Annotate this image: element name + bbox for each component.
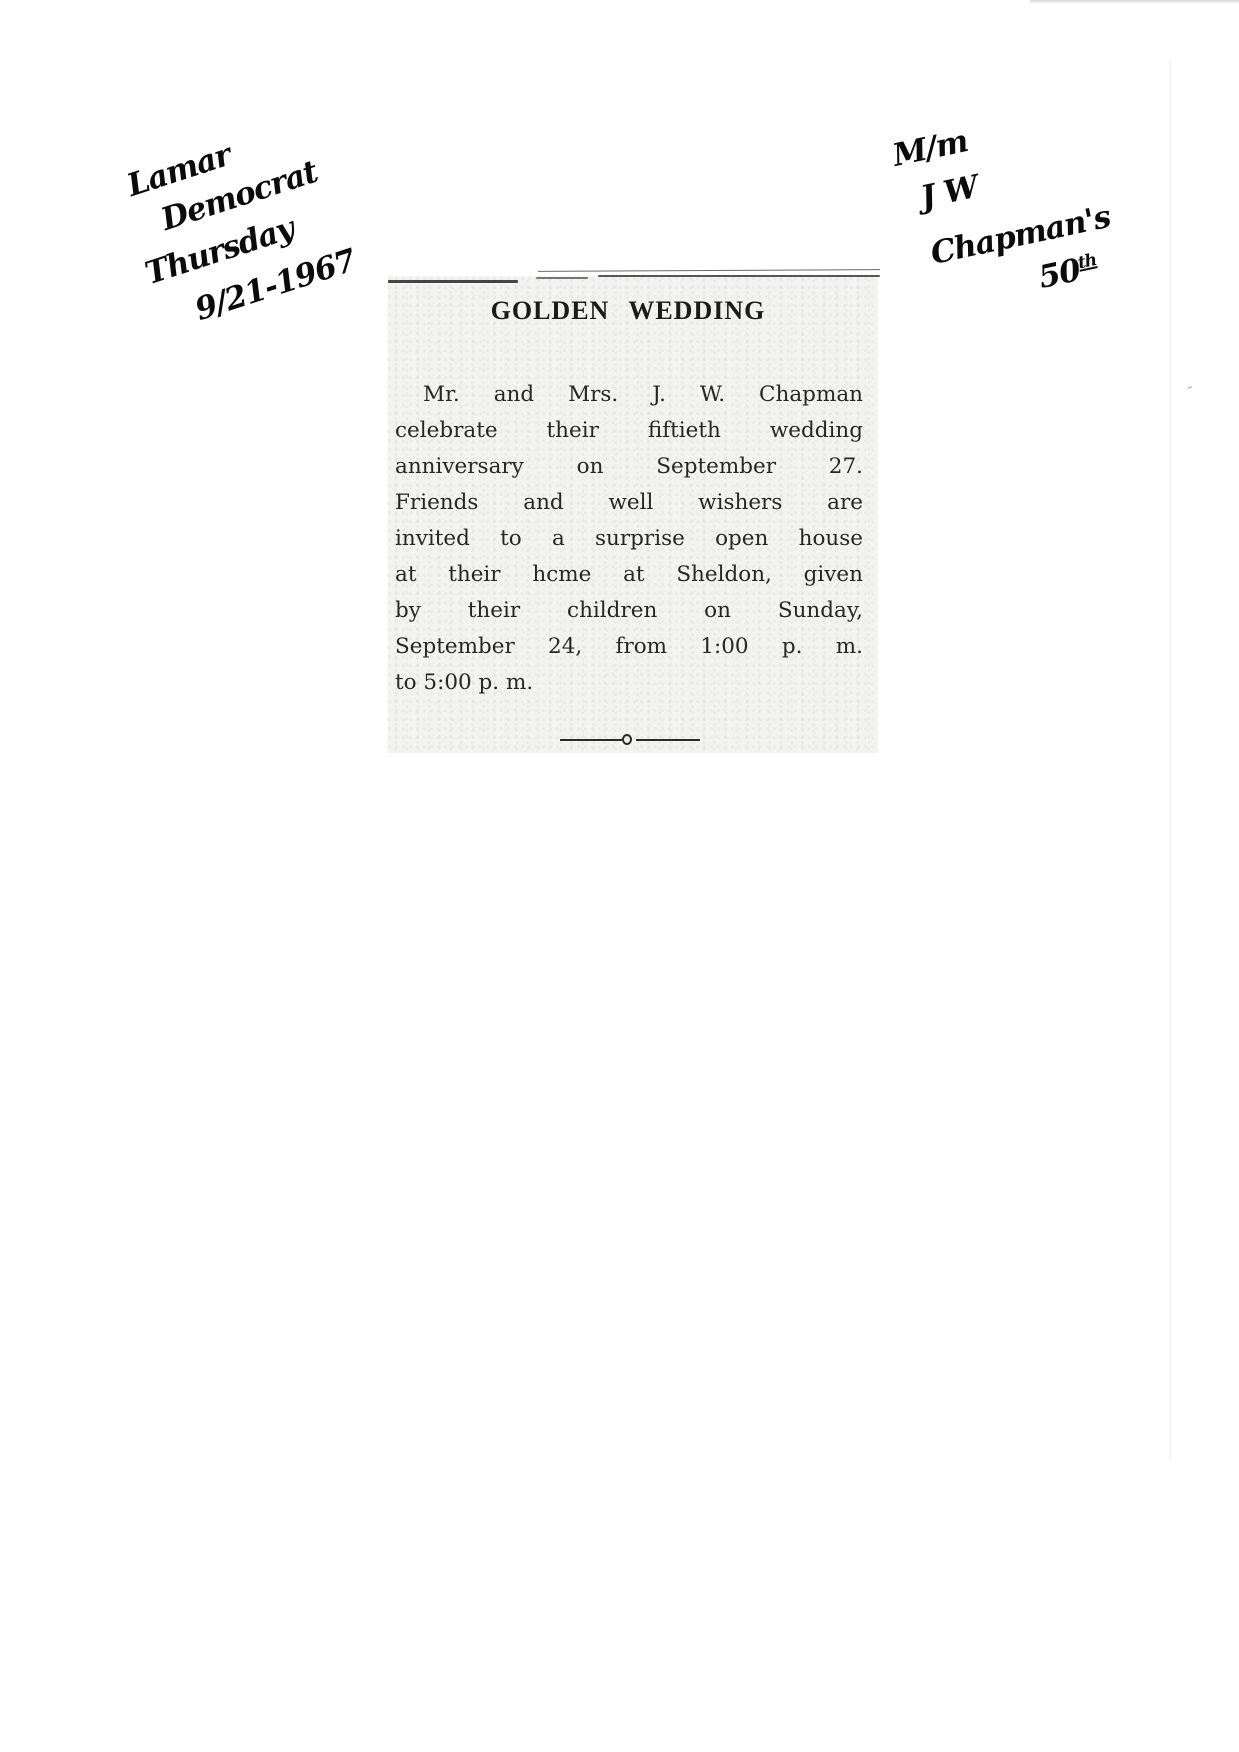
scan-edge-artifact [1030,0,1239,3]
scan-speck [1188,386,1192,388]
body-line: anniversary on September 27. [395,449,863,485]
clipping-body: Mr. and Mrs. J. W. Chapman celebrate the… [395,377,863,701]
rule-segment [598,275,880,277]
ornament-rule-right [636,739,700,741]
clipping-top-rule [388,270,880,282]
handwritten-superscript: th [1076,250,1098,273]
rule-thick-segment [388,280,518,283]
rule-thin-line [538,269,880,272]
body-line: by their children on Sunday, [395,593,863,629]
body-line: Friends and well wishers are [395,485,863,521]
ornament-circle-icon [622,734,632,745]
rule-segment [536,277,588,279]
clipping-headline: GOLDEN WEDDING [388,296,878,326]
end-ornament [560,733,700,747]
body-line: September 24, from 1:00 p. m. [395,629,863,665]
body-line: celebrate their fiftieth wedding [395,413,863,449]
body-line: invited to a surprise open house [395,521,863,557]
body-line: to 5:00 p. m. [395,665,863,701]
handwritten-line: M/m [890,123,971,174]
handwritten-line: J W [918,169,982,216]
handwritten-line: 50th [1036,248,1102,296]
scan-edge-line [1170,60,1171,1460]
handwritten-subject-note: M/m J W Chapman's 50th [895,118,1155,298]
body-line: at their hcme at Sheldon, given [395,557,863,593]
ornament-rule-left [560,739,622,741]
body-line: Mr. and Mrs. J. W. Chapman [395,377,863,413]
handwritten-source-note: Lamar Democrat Thursday 9/21-1967 [128,150,378,330]
